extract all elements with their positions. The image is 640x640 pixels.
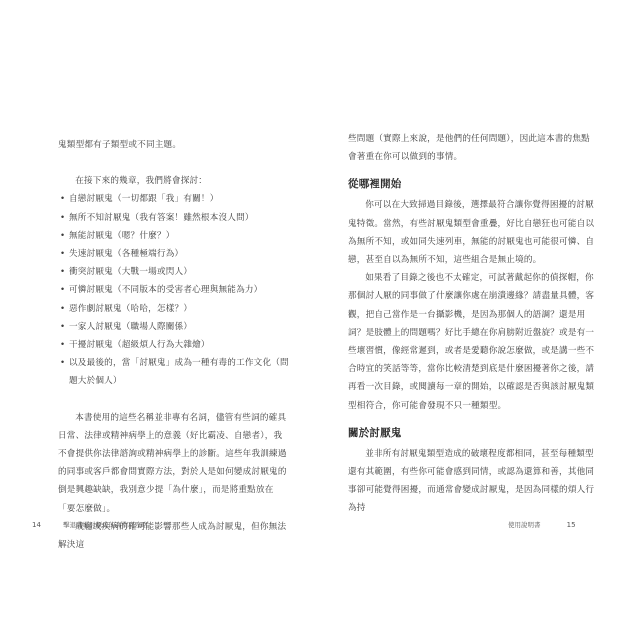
list-item: 自戀討厭鬼（一切都跟「我」有關！） [58,190,290,208]
continuation-paragraph: 些問題（實際上來說，是他們的任何問題），因此這本書的焦點會著重在你可以做到的事情… [348,130,598,166]
page-number: 14 [32,521,41,529]
paragraph: 本書使用的這些名稱並非專有名詞，儘管有些詞的確具日常、法律或精神病學上的意義（好… [58,409,290,518]
running-title: 擊退職場討厭鬼的高情商攻略 [63,521,148,529]
list-item: 惡作劇討厭鬼（哈哈，怎樣？） [58,300,290,318]
paragraph: 如果看了目錄之後也不太確定，可試著戴起你的偵探帽，你那個討人厭的同事做了什麼讓你… [348,269,598,415]
left-footer: 14 擊退職場討厭鬼的高情商攻略 [32,520,148,529]
right-page: 些問題（實際上來說，是他們的任何問題），因此這本書的焦點會著重在你可以做到的事情… [320,0,640,640]
running-title: 使用說明書 [508,521,541,529]
paragraph: 你可以在大致掃過目錄後，選擇最符合讓你覺得困擾的討厭鬼特徵。當然，有些討厭鬼類型… [348,196,598,269]
jerk-types-list: 自戀討厭鬼（一切都跟「我」有關！） 無所不知討厭鬼（我有答案！雖然根本沒人問） … [58,190,290,390]
list-item: 無能討厭鬼（嗯？什麼？） [58,227,290,245]
list-item: 干擾討厭鬼（超級煩人行為大雜燴） [58,336,290,354]
left-page: 鬼類型都有子類型或不同主題。 在接下來的幾章，我們將會探討： 自戀討厭鬼（一切都… [0,0,320,640]
section-heading: 關於討厭鬼 [348,423,598,443]
right-page-body: 些問題（實際上來說，是他們的任何問題），因此這本書的焦點會著重在你可以做到的事情… [348,130,598,518]
opening-line: 鬼類型都有子類型或不同主題。 [58,136,290,154]
paragraph: 並非所有討厭鬼類型造成的破壞程度都相同，甚至每種類型還有其範圍，有些你可能會感到… [348,445,598,518]
section-heading: 從哪裡開始 [348,174,598,194]
list-item: 以及最後的，當「討厭鬼」成為一種有毒的工作文化（問題大於個人） [58,354,290,390]
left-page-body: 鬼類型都有子類型或不同主題。 在接下來的幾章，我們將會探討： 自戀討厭鬼（一切都… [58,136,290,554]
list-item: 可憐討厭鬼（不同版本的受害者心理與無能為力） [58,281,290,299]
right-footer: 使用說明書 15 [508,520,576,529]
list-intro: 在接下來的幾章，我們將會探討： [58,172,290,190]
list-item: 失速討厭鬼（各種極端行為） [58,245,290,263]
page-number: 15 [567,521,576,529]
list-item: 衝突討厭鬼（大戰一場或閃人） [58,263,290,281]
list-item: 一家人討厭鬼（職場人際關係） [58,318,290,336]
list-item: 無所不知討厭鬼（我有答案！雖然根本沒人問） [58,209,290,227]
